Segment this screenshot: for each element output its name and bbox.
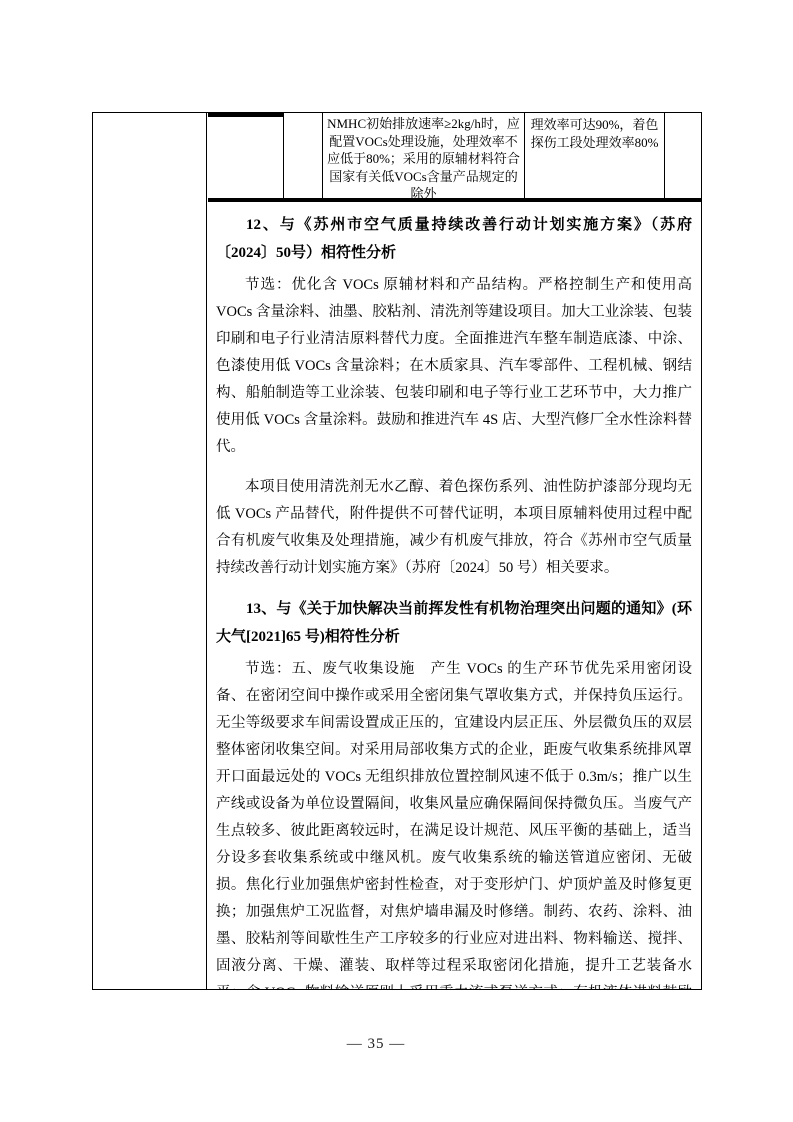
table-analysis-cell: 12、与《苏州市空气质量持续改善行动计划实施方案》（苏府〔2024〕50号）相符…	[208, 206, 701, 989]
page-number: — 35 —	[0, 1036, 752, 1053]
table-cell-treatment-efficiency: 理效率可达90%，着色探伤工段处理效率80%	[525, 113, 665, 198]
document-page: NMHC初始排放速率≥2kg/h时，应配置VOCs处理设施，处理效率不应低于80…	[0, 0, 793, 1122]
section-13-heading: 13、与《关于加快解决当前挥发性有机物治理突出问题的通知》(环大气[2021]6…	[216, 595, 692, 651]
table-cell-empty-3	[665, 113, 701, 198]
table-fragment-row: NMHC初始排放速率≥2kg/h时，应配置VOCs处理设施，处理效率不应低于80…	[208, 113, 701, 202]
section-12-heading: 12、与《苏州市空气质量持续改善行动计划实施方案》（苏府〔2024〕50号）相符…	[216, 211, 692, 267]
table-cell-empty-1	[208, 113, 284, 198]
section-12-paragraph-1: 节选：优化含 VOCs 原辅材料和产品结构。严格控制生产和使用高 VOCs 含量…	[216, 272, 692, 461]
section-13-paragraph-1: 节选：五、废气收集设施 产生 VOCs 的生产环节优先采用密闭设备、在密闭空间中…	[216, 656, 692, 989]
table-cell-nmhc-requirement: NMHC初始排放速率≥2kg/h时，应配置VOCs处理设施，处理效率不应低于80…	[323, 113, 525, 198]
compliance-table: NMHC初始排放速率≥2kg/h时，应配置VOCs处理设施，处理效率不应低于80…	[92, 112, 702, 990]
table-cell-empty-2	[284, 113, 323, 198]
section-12-paragraph-2: 本项目使用清洗剂无水乙醇、着色探伤系列、油性防护漆部分现均无低 VOCs 产品替…	[216, 474, 692, 582]
table-left-column-cell	[93, 113, 207, 989]
